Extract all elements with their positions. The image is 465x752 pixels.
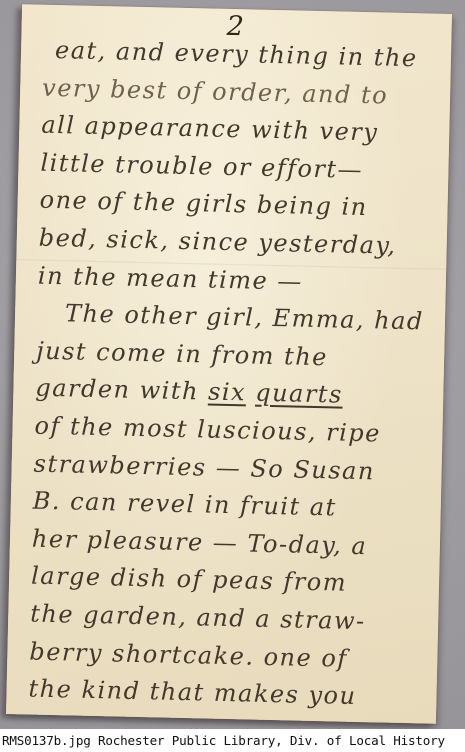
handwritten-segment: garden with: [35, 374, 208, 406]
handwritten-segment: the kind that makes you: [28, 675, 357, 710]
letter-page: 2 eat, and every thing in thevery best o…: [6, 4, 452, 724]
underlined-word: six: [208, 378, 247, 407]
handwritten-text: eat, and every thing in thevery best of …: [28, 32, 441, 718]
handwritten-segment: just come in from the: [36, 336, 328, 371]
handwritten-segment: all appearance with very: [41, 111, 379, 147]
handwritten-segment: The other girl, Emma, had: [65, 299, 424, 335]
handwritten-segment: of the most luscious, ripe: [34, 412, 381, 448]
handwritten-segment: in the mean time —: [38, 261, 304, 295]
handwritten-segment: bed, sick, since yesterday,: [39, 224, 397, 260]
handwritten-segment: berry shortcake. one of: [29, 637, 348, 672]
handwritten-segment: B. can revel in fruit at: [33, 487, 338, 522]
scanned-letter-photo: 2 eat, and every thing in thevery best o…: [0, 0, 465, 752]
handwritten-segment: very best of order, and to: [42, 73, 389, 109]
handwritten-line: the kind that makes you: [28, 671, 427, 718]
handwritten-segment: her pleasure — To-day, a: [32, 524, 368, 560]
caption-text: RMS0137b.jpg Rochester Public Library, D…: [0, 729, 465, 752]
handwritten-segment: strawberries — So Susan: [33, 449, 375, 485]
handwritten-segment: the garden, and a straw-: [30, 599, 366, 635]
handwritten-segment: large dish of peas from: [31, 562, 347, 597]
handwritten-segment: eat, and every thing in the: [55, 36, 418, 72]
caption-bar: RMS0137b.jpg Rochester Public Library, D…: [0, 729, 465, 752]
underlined-word: quarts: [255, 379, 343, 409]
handwritten-segment: one of the girls being in: [39, 186, 368, 221]
handwritten-segment: little trouble or effort—: [40, 148, 363, 183]
